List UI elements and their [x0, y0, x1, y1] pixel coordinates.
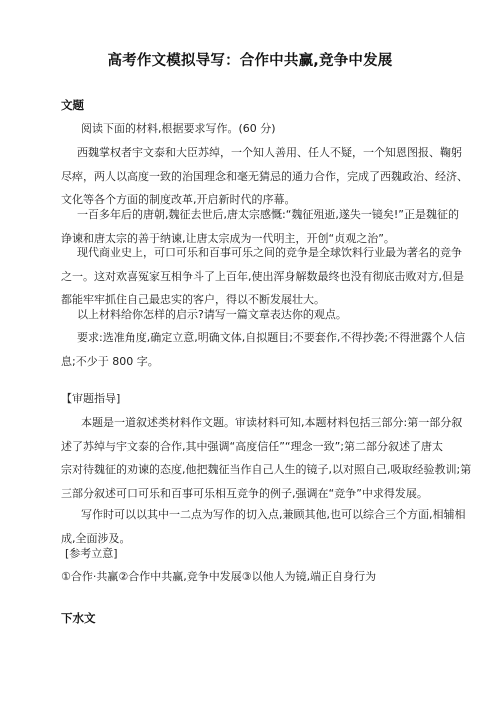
paragraph-line: 述了苏绰与宇文泰的合作,其中强调“高度信任”“理念一致”;第二部分叙述了唐太 [61, 435, 421, 459]
paragraph-line: 本题是一道叙述类材料作文题。审读材料可知,本题材料包括三部分:第一部分叙 [61, 411, 421, 435]
paragraph-line: 尽瘁，两人以高度一致的治国理念和毫无猜忌的通力合作，完成了西魏政治、经济、 [61, 165, 421, 189]
guide-heading: 【审题指导] [61, 387, 421, 411]
paragraph-line: 西魏掌权者宇文泰和大臣苏绰，一个知人善用、任人不疑，一个知恩图报、鞠躬 [61, 141, 421, 165]
paragraph-line: 要求:选准角度,确定立意,明确文体,自拟题目;不要套作,不得抄袭;不得泄露个人信 [61, 326, 421, 350]
prompt-instruction: 阅读下面的材料,根据要求写作。(60 分) [61, 117, 421, 141]
prompt-paragraph-3: 现代商业史上，可口可乐和百事可乐之间的竞争是全球饮料行业最为著名的竞争 之一。这… [61, 241, 421, 312]
paragraph-line: 宗对待魏征的劝谏的态度,他把魏征当作自己人生的镜子,以对照自己,吸取经验教训;第 [61, 458, 421, 482]
reference-points: ①合作·共赢②合作中共赢,竞争中发展③以他人为镜,端正自身行为 [61, 565, 421, 589]
reference-heading-wrap: [参考立意] [61, 542, 421, 566]
prompt-requirements: 要求:选准角度,确定立意,明确文体,自拟题目;不要套作,不得抄袭;不得泄露个人信… [61, 326, 421, 373]
paragraph-line: 现代商业史上，可口可乐和百事可乐之间的竞争是全球饮料行业最为著名的竞争 [61, 241, 421, 265]
document-title: 高考作文模拟导写：合作中共赢,竞争中发展 [0, 49, 500, 70]
paragraph-line: 之一。这对欢喜冤家互相争斗了上百年,使出浑身解数最终也没有彻底击败对方,但是 [61, 265, 421, 289]
guide-heading-wrap: 【审题指导] [61, 387, 421, 411]
reference-points-wrap: ①合作·共赢②合作中共赢,竞争中发展③以他人为镜,端正自身行为 [61, 565, 421, 589]
paragraph-line: 息;不少于 800 字。 [61, 350, 421, 374]
prompt-paragraph-4: 以上材料给你怎样的启示?请写一篇文章表达你的观点。 [61, 303, 421, 327]
paragraph-line: 一百多年后的唐朝,魏征去世后,唐太宗感慨:“魏征殂逝,遂失一镜矣!”正是魏征的 [61, 203, 421, 227]
reference-heading: [参考立意] [61, 542, 421, 566]
instruction-text: 阅读下面的材料,根据要求写作。(60 分) [61, 117, 421, 141]
guide-paragraph-1: 本题是一道叙述类材料作文题。审读材料可知,本题材料包括三部分:第一部分叙 述了苏… [61, 411, 421, 505]
sample-essay-heading: 下水文 [61, 610, 96, 626]
paragraph-line: 三部分叙述可口可乐和百事可乐相互竞争的例子,强调在“竞争”中求得发展。 [61, 482, 421, 506]
paragraph-line: 写作时可以以其中一二点为写作的切入点,兼顾其他,也可以综合三个方面,相辅相 [61, 503, 421, 527]
prompt-paragraph-1: 西魏掌权者宇文泰和大臣苏绰，一个知人善用、任人不疑，一个知恩图报、鞠躬 尽瘁，两… [61, 141, 421, 212]
paragraph-line: 以上材料给你怎样的启示?请写一篇文章表达你的观点。 [61, 303, 421, 327]
prompt-heading: 文题 [61, 97, 84, 113]
